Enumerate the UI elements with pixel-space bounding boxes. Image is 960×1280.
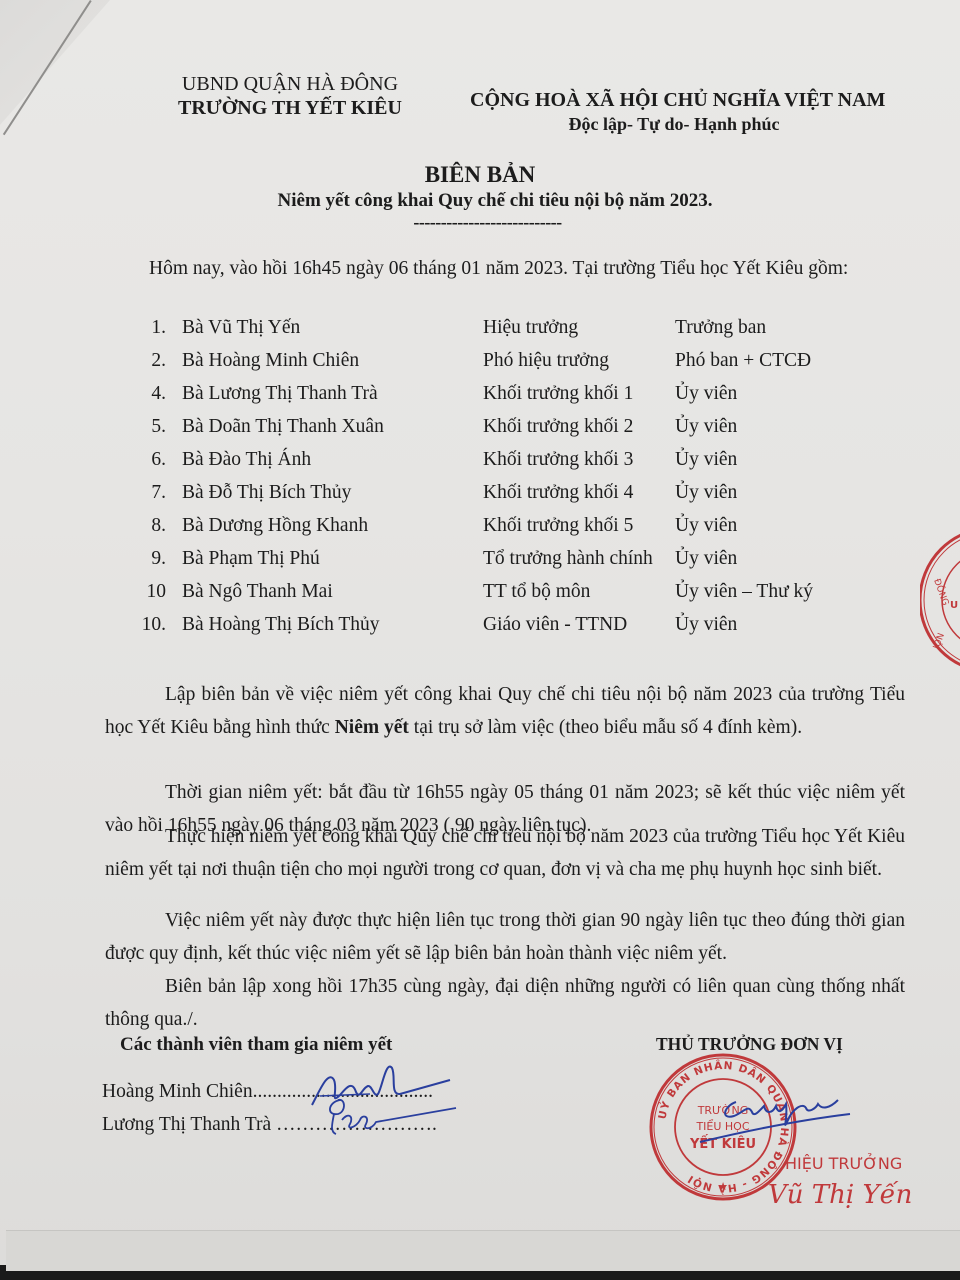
paragraph-1-bold: Niêm yết — [335, 717, 409, 738]
paragraph-3: Thực hiện niêm yết công khai Quy chế chi… — [105, 820, 905, 886]
member-position: TT tổ bộ môn — [483, 581, 590, 603]
member-role: Ủy viên — [675, 482, 737, 504]
member-position: Khối trưởng khối 4 — [483, 482, 633, 504]
member-row: 4.Bà Lương Thị Thanh TràKhối trưởng khối… — [0, 383, 960, 416]
signer-title: HIỆU TRƯỞNG — [785, 1154, 902, 1173]
member-position: Phó hiệu trưởng — [483, 350, 609, 372]
member-position: Tổ trưởng hành chính — [483, 548, 653, 570]
member-position: Hiệu trưởng — [483, 317, 578, 339]
member-number: 4. — [106, 383, 166, 405]
authority-name: UBND QUẬN HÀ ĐÔNG — [178, 72, 402, 96]
member-role: Ủy viên — [675, 383, 737, 405]
member-row: 6.Bà Đào Thị ÁnhKhối trưởng khối 3Ủy viê… — [0, 449, 960, 482]
member-number: 2. — [106, 350, 166, 372]
document-page: UBND QUẬN HÀ ĐÔNG TRƯỜNG TH YẾT KIÊU CỘN… — [0, 0, 960, 1265]
paragraph-5-text: Biên bản lập xong hồi 17h35 cùng ngày, đ… — [105, 976, 905, 1030]
intro-paragraph: Hôm nay, vào hồi 16h45 ngày 06 tháng 01 … — [105, 252, 865, 285]
member-number: 8. — [106, 515, 166, 537]
svg-text:ĐÔNG: ĐÔNG — [931, 577, 952, 607]
edge-seal-fragment: ĐÔNG NỘI U — [920, 520, 960, 680]
signature-vu-thi-yen — [690, 1080, 880, 1150]
member-number: 7. — [106, 482, 166, 504]
national-title: CỘNG HOÀ XÃ HỘI CHỦ NGHĨA VIỆT NAM — [470, 88, 878, 112]
member-row: 10Bà Ngô Thanh MaiTT tổ bộ mônỦy viên – … — [0, 581, 960, 614]
paragraph-1: Lập biên bản về việc niêm yết công khai … — [105, 678, 905, 744]
member-name: Bà Phạm Thị Phú — [182, 548, 320, 570]
folded-corner — [0, 0, 110, 125]
member-number: 10 — [106, 581, 166, 603]
member-number: 5. — [106, 416, 166, 438]
member-row: 1.Bà Vũ Thị YếnHiệu trưởngTrưởng ban — [0, 317, 960, 350]
paragraph-4: Việc niêm yết này được thực hiện liên tụ… — [105, 904, 905, 970]
member-name: Bà Doãn Thị Thanh Xuân — [182, 416, 384, 438]
member-number: 9. — [106, 548, 166, 570]
paragraph-3-text: Thực hiện niêm yết công khai Quy chế chi… — [105, 826, 905, 880]
member-role: Ủy viên — [675, 548, 737, 570]
member-name: Bà Đào Thị Ánh — [182, 449, 311, 471]
divider: --------------------------- — [0, 212, 960, 233]
national-header: CỘNG HOÀ XÃ HỘI CHỦ NGHĨA VIỆT NAM Độc l… — [470, 88, 878, 136]
member-row: 7.Bà Đỗ Thị Bích ThủyKhối trưởng khối 4Ủ… — [0, 482, 960, 515]
member-role: Ủy viên – Thư ký — [675, 581, 813, 603]
issuing-authority: UBND QUẬN HÀ ĐÔNG TRƯỜNG TH YẾT KIÊU — [178, 72, 402, 120]
member-name: Bà Hoàng Minh Chiên — [182, 350, 359, 372]
paragraph-1-rest: tại trụ sở làm việc (theo biểu mẫu số 4 … — [409, 717, 802, 738]
member-name: Bà Lương Thị Thanh Trà — [182, 383, 378, 405]
member-role: Ủy viên — [675, 449, 737, 471]
paragraph-4-text: Việc niêm yết này được thực hiện liên tụ… — [105, 910, 905, 964]
member-name: Bà Đỗ Thị Bích Thủy — [182, 482, 351, 504]
svg-text:U: U — [950, 600, 958, 611]
document-title: BIÊN BẢN — [0, 162, 960, 188]
school-name: TRƯỜNG TH YẾT KIÊU — [178, 96, 402, 120]
member-number: 6. — [106, 449, 166, 471]
stamp-star-icon: ★ — [718, 1181, 728, 1193]
member-name: Bà Hoàng Thị Bích Thủy — [182, 614, 380, 636]
signer-name: Vũ Thị Yến — [768, 1180, 912, 1210]
member-role: Phó ban + CTCĐ — [675, 350, 811, 372]
member-row: 5.Bà Doãn Thị Thanh XuânKhối trưởng khối… — [0, 416, 960, 449]
member-position: Khối trưởng khối 5 — [483, 515, 633, 537]
member-name: Bà Ngô Thanh Mai — [182, 581, 333, 603]
signature-luong-thi-thanh-tra — [316, 1092, 476, 1142]
member-row: 9.Bà Phạm Thị PhúTổ trưởng hành chínhỦy … — [0, 548, 960, 581]
member-row: 8.Bà Dương Hồng KhanhKhối trưởng khối 5Ủ… — [0, 515, 960, 548]
member-role: Ủy viên — [675, 416, 737, 438]
member-role: Ủy viên — [675, 614, 737, 636]
national-motto: Độc lập- Tự do- Hạnh phúc — [470, 112, 878, 136]
document-subtitle: Niêm yết công khai Quy chế chi tiêu nội … — [0, 190, 960, 212]
member-position: Khối trưởng khối 2 — [483, 416, 633, 438]
member-row: 10.Bà Hoàng Thị Bích ThủyGiáo viên - TTN… — [0, 614, 960, 647]
member-position: Giáo viên - TTND — [483, 614, 627, 636]
member-role: Trưởng ban — [675, 317, 766, 339]
member-number: 10. — [106, 614, 166, 636]
member-role: Ủy viên — [675, 515, 737, 537]
member-name: Bà Vũ Thị Yến — [182, 317, 300, 339]
paragraph-5: Biên bản lập xong hồi 17h35 cùng ngày, đ… — [105, 970, 905, 1036]
underlying-sheets — [6, 1230, 960, 1271]
member-number: 1. — [106, 317, 166, 339]
member-row: 2.Bà Hoàng Minh ChiênPhó hiệu trưởngPhó … — [0, 350, 960, 383]
member-name: Bà Dương Hồng Khanh — [182, 515, 368, 537]
member-position: Khối trưởng khối 1 — [483, 383, 633, 405]
member-position: Khối trưởng khối 3 — [483, 449, 633, 471]
